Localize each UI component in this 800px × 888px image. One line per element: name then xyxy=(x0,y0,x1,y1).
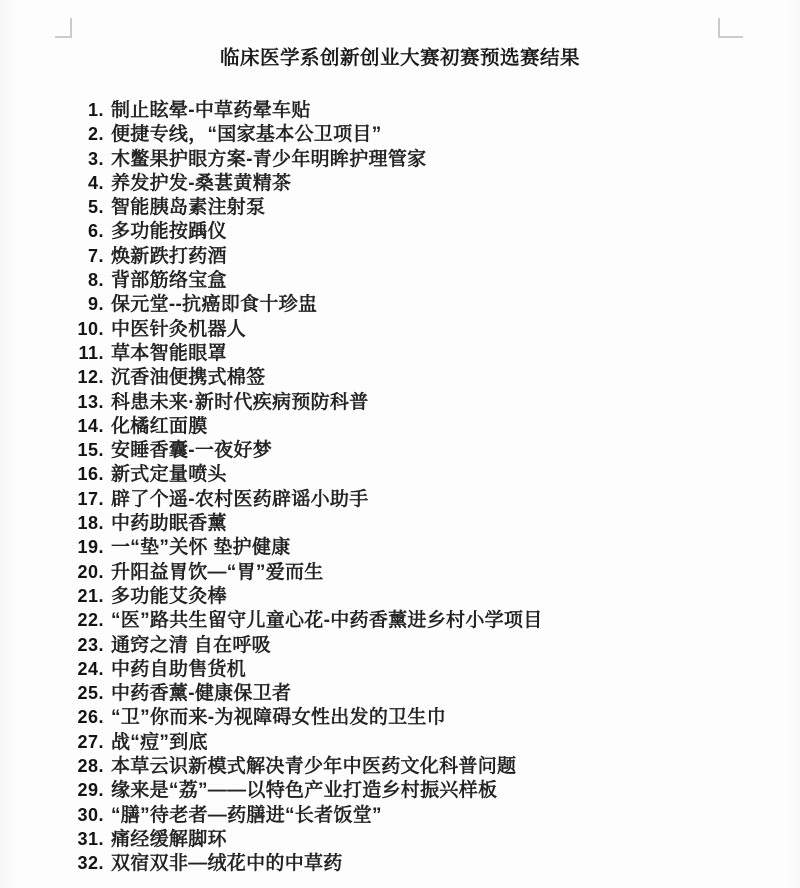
item-number: 17. xyxy=(60,487,104,511)
margin-corner-mark-left xyxy=(55,18,72,38)
item-number: 30. xyxy=(60,803,104,827)
list-item: 22.“医”路共生留守儿童心花-中药香薰进乡村小学项目 xyxy=(60,608,800,632)
item-number: 15. xyxy=(60,438,104,462)
item-text: 中药香薰-健康保卫者 xyxy=(111,682,291,706)
item-text: 缘来是“荔”——以特色产业打造乡村振兴样板 xyxy=(111,779,497,803)
list-item: 30.“膳”待老者—药膳进“长者饭堂” xyxy=(60,803,800,827)
list-item: 12.沉香油便携式棉签 xyxy=(60,365,800,389)
list-item: 14.化橘红面膜 xyxy=(60,414,800,438)
item-text: 多功能艾灸棒 xyxy=(111,585,227,609)
list-item: 16.新式定量喷头 xyxy=(60,462,800,486)
item-text: 智能胰岛素注射泵 xyxy=(111,196,265,220)
item-text: 中药助眠香薰 xyxy=(111,512,227,536)
item-text: 安睡香囊-一夜好梦 xyxy=(111,439,272,463)
item-text: 沉香油便携式棉签 xyxy=(111,366,265,390)
list-item: 25.中药香薰-健康保卫者 xyxy=(60,681,800,705)
item-text: “膳”待老者—药膳进“长者饭堂” xyxy=(111,804,382,828)
item-number: 24. xyxy=(60,657,104,681)
list-item: 24.中药自助售货机 xyxy=(60,657,800,681)
item-text: 草本智能眼罩 xyxy=(111,342,227,366)
list-item: 1.制止眩晕-中草药晕车贴 xyxy=(60,98,800,122)
item-number: 16. xyxy=(60,462,104,486)
list-item: 15.安睡香囊-一夜好梦 xyxy=(60,438,800,462)
item-text: 科患未来·新时代疾病预防科普 xyxy=(111,391,369,415)
item-text: 背部筋络宝盒 xyxy=(111,269,227,293)
item-number: 3. xyxy=(60,147,104,171)
item-number: 5. xyxy=(60,195,104,219)
item-text: 便捷专线，“国家基本公卫项目” xyxy=(111,123,382,147)
item-number: 4. xyxy=(60,171,104,195)
item-number: 19. xyxy=(60,535,104,559)
item-text: 化橘红面膜 xyxy=(111,415,208,439)
item-text: 多功能按踽仪 xyxy=(111,220,227,244)
list-item: 18.中药助眠香薰 xyxy=(60,511,800,535)
item-number: 22. xyxy=(60,608,104,632)
list-item: 32.双宿双非—绒花中的中草药 xyxy=(60,851,800,875)
list-item: 8.背部筋络宝盒 xyxy=(60,268,800,292)
list-item: 10.中医针灸机器人 xyxy=(60,317,800,341)
item-number: 29. xyxy=(60,778,104,802)
item-number: 27. xyxy=(60,730,104,754)
item-text: 本草云识新模式解决青少年中医药文化科普问题 xyxy=(111,755,516,779)
item-number: 2. xyxy=(60,122,104,146)
item-number: 31. xyxy=(60,827,104,851)
project-list: 1.制止眩晕-中草药晕车贴2.便捷专线，“国家基本公卫项目”3.木鳖果护眼方案-… xyxy=(0,98,800,876)
list-item: 20.升阳益胃饮—“胃”爱而生 xyxy=(60,560,800,584)
list-item: 31.痛经缓解脚环 xyxy=(60,827,800,851)
list-item: 27.战“痘”到底 xyxy=(60,730,800,754)
list-item: 17.辟了个遥-农村医药辟谣小助手 xyxy=(60,487,800,511)
item-number: 21. xyxy=(60,584,104,608)
item-number: 28. xyxy=(60,754,104,778)
item-number: 25. xyxy=(60,681,104,705)
item-text: 中药自助售货机 xyxy=(111,658,246,682)
item-number: 9. xyxy=(60,292,104,316)
page-title: 临床医学系创新创业大赛初赛预选赛结果 xyxy=(0,0,800,70)
item-text: 痛经缓解脚环 xyxy=(111,828,227,852)
list-item: 11.草本智能眼罩 xyxy=(60,341,800,365)
item-number: 18. xyxy=(60,511,104,535)
list-item: 28.本草云识新模式解决青少年中医药文化科普问题 xyxy=(60,754,800,778)
item-text: 养发护发-桑葚黄精茶 xyxy=(111,172,291,196)
list-item: 19.一“垫”关怀 垫护健康 xyxy=(60,535,800,559)
item-text: “医”路共生留守儿童心花-中药香薰进乡村小学项目 xyxy=(111,609,543,633)
item-text: 新式定量喷头 xyxy=(111,463,227,487)
list-item: 7.焕新跌打药酒 xyxy=(60,244,800,268)
item-number: 6. xyxy=(60,219,104,243)
item-text: 保元堂--抗癌即食十珍盅 xyxy=(111,293,317,317)
list-item: 3.木鳖果护眼方案-青少年明眸护理管家 xyxy=(60,147,800,171)
item-text: 升阳益胃饮—“胃”爱而生 xyxy=(111,561,324,585)
item-text: 制止眩晕-中草药晕车贴 xyxy=(111,99,311,123)
item-number: 8. xyxy=(60,268,104,292)
item-text: 双宿双非—绒花中的中草药 xyxy=(111,852,343,876)
item-number: 26. xyxy=(60,705,104,729)
list-item: 4.养发护发-桑葚黄精茶 xyxy=(60,171,800,195)
item-number: 1. xyxy=(60,98,104,122)
item-number: 10. xyxy=(60,317,104,341)
list-item: 6.多功能按踽仪 xyxy=(60,219,800,243)
item-number: 20. xyxy=(60,560,104,584)
item-text: 通窍之清 自在呼吸 xyxy=(111,634,271,658)
list-item: 9.保元堂--抗癌即食十珍盅 xyxy=(60,292,800,316)
item-text: 中医针灸机器人 xyxy=(111,318,246,342)
list-item: 2.便捷专线，“国家基本公卫项目” xyxy=(60,122,800,146)
list-item: 23.通窍之清 自在呼吸 xyxy=(60,633,800,657)
item-text: 战“痘”到底 xyxy=(111,731,208,755)
item-number: 32. xyxy=(60,851,104,875)
item-number: 11. xyxy=(60,341,104,365)
item-number: 7. xyxy=(60,244,104,268)
item-number: 13. xyxy=(60,390,104,414)
list-item: 13.科患未来·新时代疾病预防科普 xyxy=(60,390,800,414)
item-text: 一“垫”关怀 垫护健康 xyxy=(111,536,291,560)
item-number: 14. xyxy=(60,414,104,438)
item-text: “卫”你而来-为视障碍女性出发的卫生巾 xyxy=(111,706,446,730)
list-item: 21.多功能艾灸棒 xyxy=(60,584,800,608)
margin-corner-mark-right xyxy=(718,18,743,38)
list-item: 29.缘来是“荔”——以特色产业打造乡村振兴样板 xyxy=(60,778,800,802)
item-text: 木鳖果护眼方案-青少年明眸护理管家 xyxy=(111,148,426,172)
item-text: 焕新跌打药酒 xyxy=(111,245,227,269)
list-item: 5.智能胰岛素注射泵 xyxy=(60,195,800,219)
document-page: 临床医学系创新创业大赛初赛预选赛结果 1.制止眩晕-中草药晕车贴2.便捷专线，“… xyxy=(0,0,800,888)
item-number: 23. xyxy=(60,633,104,657)
list-item: 26.“卫”你而来-为视障碍女性出发的卫生巾 xyxy=(60,705,800,729)
item-number: 12. xyxy=(60,365,104,389)
item-text: 辟了个遥-农村医药辟谣小助手 xyxy=(111,488,369,512)
